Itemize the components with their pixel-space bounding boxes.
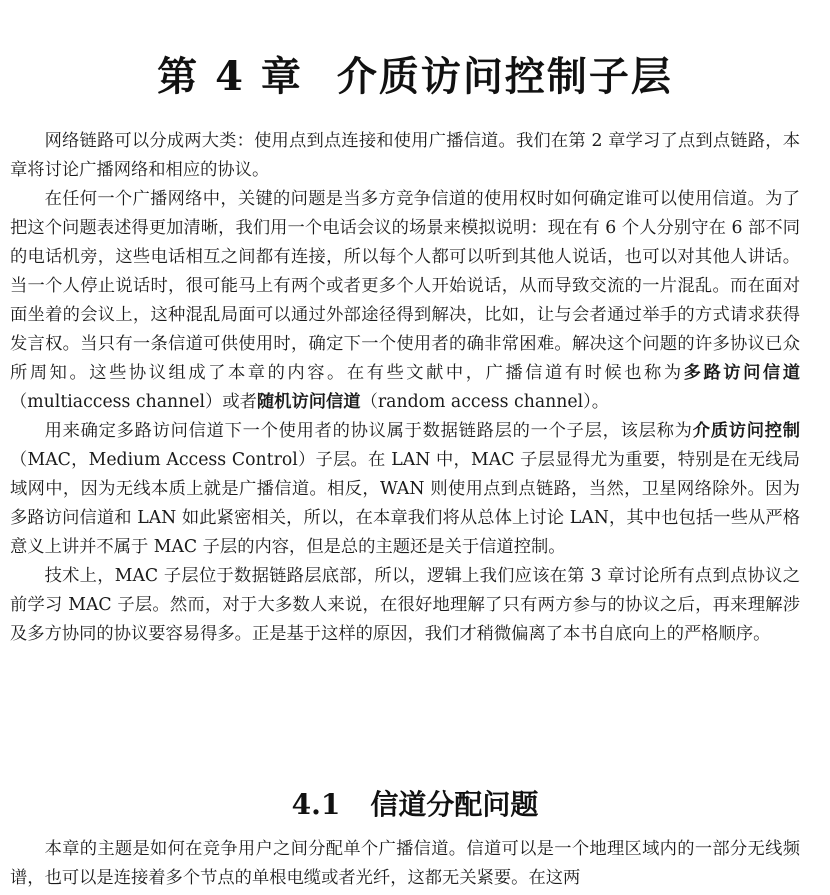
paragraph: 网络链路可以分成两大类：使用点到点连接和使用广播信道。我们在第 2 章学习了点到…	[10, 127, 800, 185]
paragraph: 本章的主题是如何在竞争用户之间分配单个广播信道。信道可以是一个地理区域内的一部分…	[10, 835, 800, 893]
section-body: 本章的主题是如何在竞争用户之间分配单个广播信道。信道可以是一个地理区域内的一部分…	[10, 835, 800, 893]
chapter-name: 介质访问控制子层	[337, 53, 673, 100]
paragraph: 用来确定多路访问信道下一个使用者的协议属于数据链路层的一个子层，该层称为介质访问…	[10, 417, 800, 562]
text-run: 本章的主题是如何在竞争用户之间分配单个广播信道。信道可以是一个地理区域内的一部分…	[10, 839, 800, 888]
chapter-title: 第 4 章介质访问控制子层	[0, 45, 830, 102]
chapter-number: 第 4 章	[157, 53, 303, 100]
text-run: （multiaccess channel）或者	[10, 392, 257, 412]
paragraph: 在任何一个广播网络中，关键的问题是当多方竞争信道的使用权时如何确定谁可以使用信道…	[10, 185, 800, 417]
text-run: （random access channel）。	[361, 392, 609, 412]
text-run: （MAC，Medium Access Control）子层。在 LAN 中，MA…	[10, 450, 800, 557]
section-title: 信道分配问题	[370, 788, 538, 821]
section-number: 4.1	[292, 788, 341, 821]
text-run: 用来确定多路访问信道下一个使用者的协议属于数据链路层的一个子层，该层称为	[45, 421, 693, 441]
section-heading: 4.1信道分配问题	[0, 783, 830, 823]
term-multiaccess-channel: 多路访问信道	[684, 363, 800, 383]
term-random-access-channel: 随机访问信道	[257, 392, 361, 412]
paragraph: 技术上，MAC 子层位于数据链路层底部，所以，逻辑上我们应该在第 3 章讨论所有…	[10, 562, 800, 649]
text-run: 技术上，MAC 子层位于数据链路层底部，所以，逻辑上我们应该在第 3 章讨论所有…	[10, 566, 800, 644]
term-mac: 介质访问控制	[693, 421, 800, 441]
chapter-intro: 网络链路可以分成两大类：使用点到点连接和使用广播信道。我们在第 2 章学习了点到…	[10, 127, 800, 649]
text-run: 在任何一个广播网络中，关键的问题是当多方竞争信道的使用权时如何确定谁可以使用信道…	[10, 189, 800, 383]
text-run: 网络链路可以分成两大类：使用点到点连接和使用广播信道。我们在第 2 章学习了点到…	[10, 131, 800, 180]
